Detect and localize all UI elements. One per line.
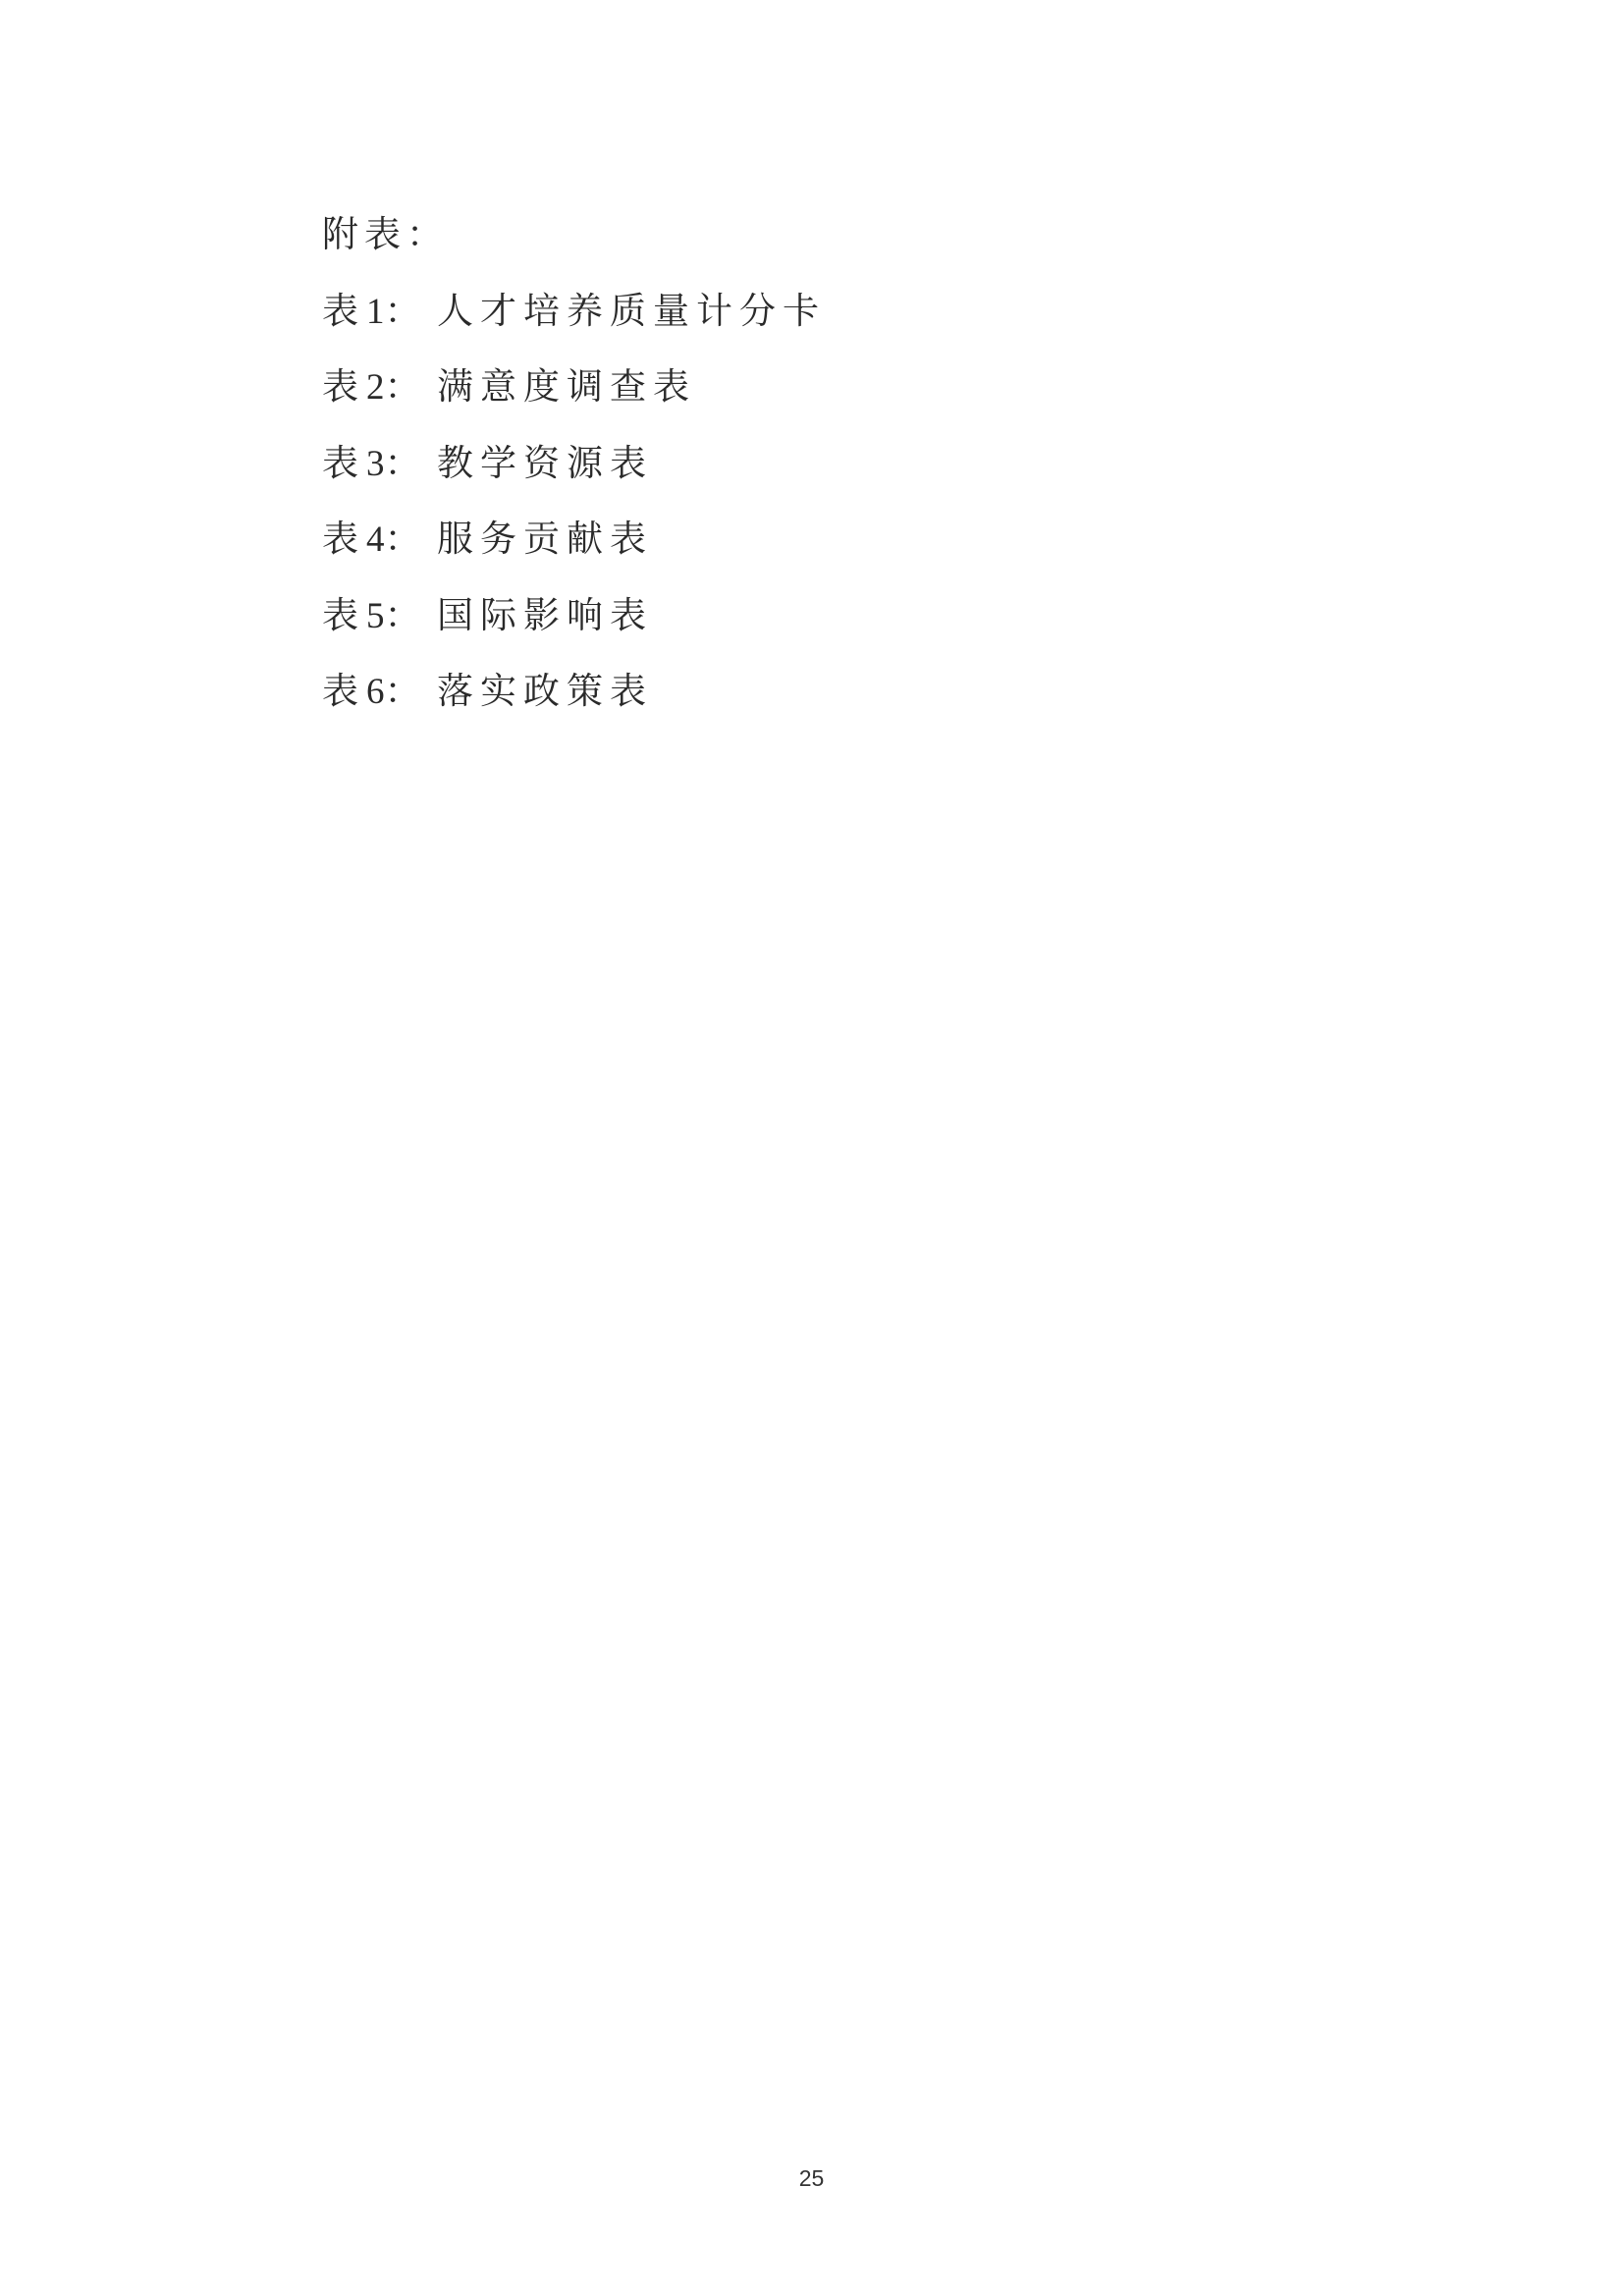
table-word: 表 bbox=[322, 442, 358, 484]
table-label: 表1： bbox=[322, 287, 437, 337]
table-title: 落实政策表 bbox=[437, 667, 653, 716]
table-number: 4： bbox=[366, 519, 421, 560]
table-title: 服务贡献表 bbox=[437, 515, 653, 564]
table-title: 教学资源表 bbox=[437, 439, 653, 488]
table-label: 表2： bbox=[322, 362, 437, 412]
table-number: 3： bbox=[366, 444, 421, 484]
table-label: 表3： bbox=[322, 439, 437, 489]
table-number: 2： bbox=[366, 367, 421, 408]
table-number: 1： bbox=[366, 292, 421, 332]
table-title: 满意度调查表 bbox=[437, 362, 696, 411]
table-label: 表6： bbox=[322, 667, 437, 717]
document-page: 附表： 表1：人才培养质量计分卡 表2：满意度调查表 表3：教学资源表 表4：服… bbox=[0, 0, 1623, 2296]
table-number: 6： bbox=[366, 672, 421, 712]
attachment-item-3: 表3：教学资源表 bbox=[322, 439, 826, 488]
table-word: 表 bbox=[322, 365, 358, 408]
table-word: 表 bbox=[322, 290, 358, 332]
attachment-item-2: 表2：满意度调查表 bbox=[322, 362, 826, 411]
attachment-list: 附表： 表1：人才培养质量计分卡 表2：满意度调查表 表3：教学资源表 表4：服… bbox=[322, 210, 826, 743]
table-number: 5： bbox=[366, 596, 421, 636]
attachment-heading: 附表： bbox=[322, 210, 826, 259]
attachment-item-1: 表1：人才培养质量计分卡 bbox=[322, 287, 826, 336]
table-label: 表4： bbox=[322, 515, 437, 565]
table-word: 表 bbox=[322, 670, 358, 712]
page-number: 25 bbox=[0, 2165, 1623, 2192]
table-word: 表 bbox=[322, 518, 358, 560]
table-word: 表 bbox=[322, 594, 358, 636]
attachment-item-4: 表4：服务贡献表 bbox=[322, 515, 826, 564]
table-title: 人才培养质量计分卡 bbox=[437, 287, 826, 336]
table-title: 国际影响表 bbox=[437, 591, 653, 640]
attachment-item-6: 表6：落实政策表 bbox=[322, 667, 826, 716]
table-label: 表5： bbox=[322, 591, 437, 641]
attachment-item-5: 表5：国际影响表 bbox=[322, 591, 826, 640]
